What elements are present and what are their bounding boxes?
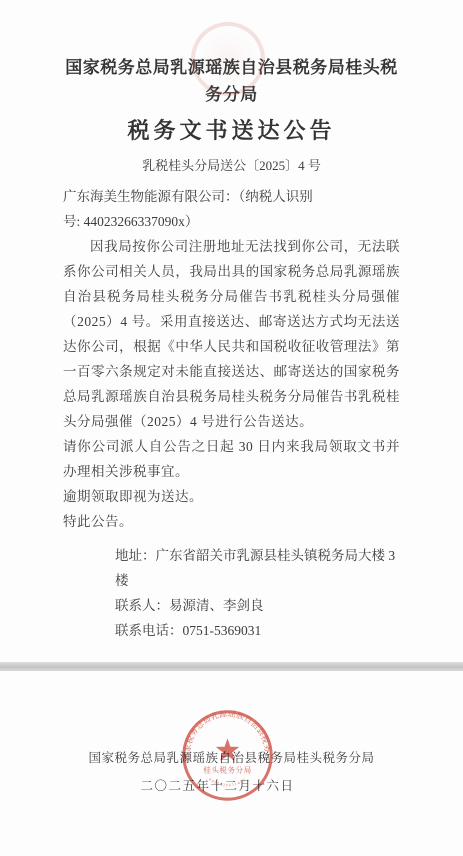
taxpayer-id-line: 号: 44023266337090x）: [63, 209, 400, 234]
scanned-document-page: 国家税务总局乳源瑶族自治县税务局桂头税务分局 税务文书送达公告 乳税桂头分局送公…: [0, 0, 463, 856]
body-paragraph-2: 请你公司派人自公告之日起 30 日内来我局领取文书并办理相关涉税事宜。: [63, 434, 400, 484]
contact-block: 地址：广东省韶关市乳源县桂头镇税务局大楼 3 楼 联系人：易源清、李剑良 联系电…: [115, 543, 400, 643]
contact-address: 地址：广东省韶关市乳源县桂头镇税务局大楼 3 楼: [115, 543, 400, 593]
seal-center-text: 桂头税务分局: [203, 765, 251, 775]
body-paragraph-4: 特此公告。: [63, 509, 400, 534]
page-separator: [0, 662, 463, 671]
recipient-block: 广东海美生物能源有限公司：（纳税人识别 号: 44023266337090x）: [63, 184, 400, 234]
document-number: 乳税桂头分局送公〔2025〕4 号: [63, 156, 400, 176]
contact-person: 联系人：易源清、李剑良: [115, 593, 400, 618]
official-seal: 国家税务总局乳源瑶族自治县税务局 桂头税务分局 4405320611453: [180, 708, 275, 803]
announcement-text: 因我局按你公司注册地址无法找到你公司，无法联系你公司相关人员，我局出具的国家税务…: [63, 234, 400, 534]
body-paragraph-1: 因我局按你公司注册地址无法找到你公司，无法联系你公司相关人员，我局出具的国家税务…: [63, 234, 400, 434]
seal-star-icon: [216, 738, 239, 760]
seal-code: 4405320611453: [208, 777, 247, 788]
ghost-seal-icon: [191, 22, 265, 96]
svg-text:4405320611453: 4405320611453: [208, 777, 247, 788]
recipient-name-line: 广东海美生物能源有限公司：（纳税人识别: [63, 184, 400, 209]
document-body: 国家税务总局乳源瑶族自治县税务局桂头税务分局 税务文书送达公告 乳税桂头分局送公…: [0, 0, 463, 643]
document-title: 税务文书送达公告: [63, 116, 400, 146]
body-paragraph-3: 逾期领取即视为送达。: [63, 484, 400, 509]
contact-phone: 联系电话：0751-5369031: [115, 618, 400, 643]
